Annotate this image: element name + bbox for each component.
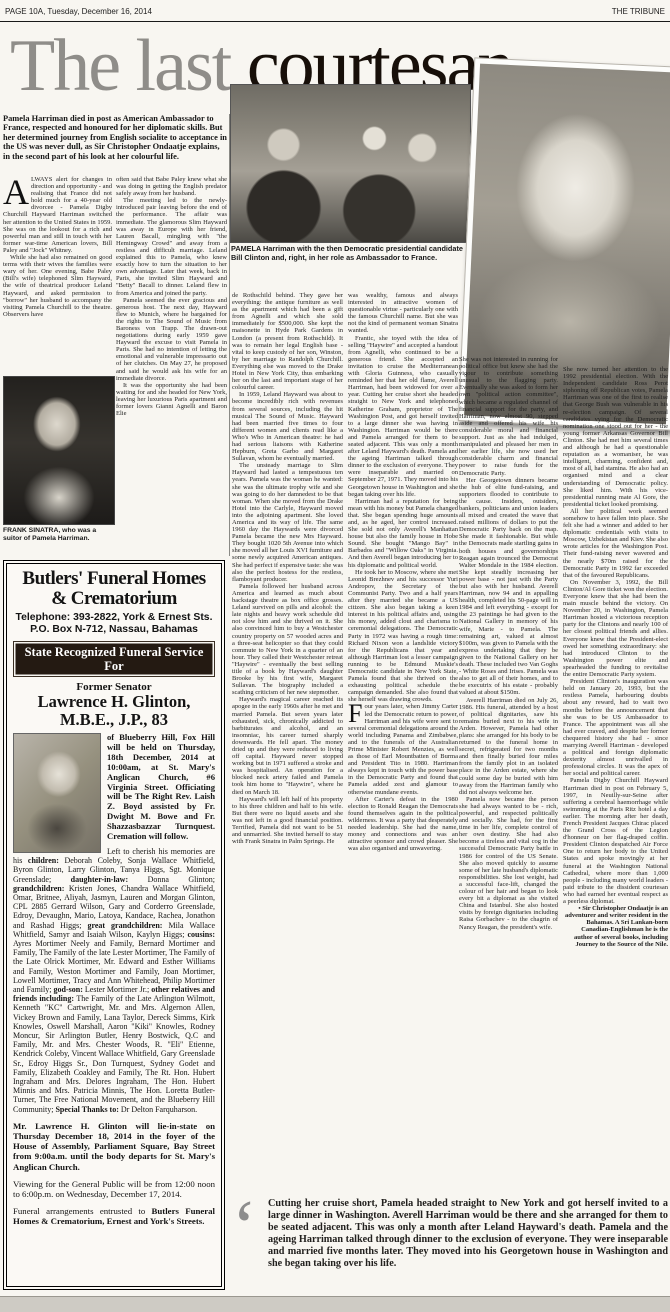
sinatra-photo-caption: FRANK SINATRA, who was a suitor of Pamel… bbox=[3, 527, 113, 543]
ad-po-box: P.O. Box N-712, Nassau, Bahamas bbox=[13, 624, 215, 636]
pamela-photo-caption: PAMELA Harriman with the then Democratic… bbox=[231, 245, 469, 262]
ad-title-line-1: Butlers' Funeral Homes bbox=[13, 569, 215, 589]
article-column-1: de Rothschild behind. They gave her ever… bbox=[232, 292, 343, 1194]
article-column-intro-1: ALWAYS alert for changes in direction an… bbox=[3, 176, 112, 374]
public-viewing-notice: Viewing for the General Public will be f… bbox=[13, 1179, 215, 1199]
ad-banner: State Recognized Funeral Service For bbox=[13, 641, 215, 677]
article-column-4-text: She now turned her attention to the 1992… bbox=[563, 366, 668, 905]
next-ad-edge-strip bbox=[0, 1296, 670, 1312]
ad-title-line-2: & Crematorium bbox=[13, 589, 215, 609]
sinatra-photo bbox=[3, 376, 115, 525]
pull-quote: ‘ Cutting her cruise short, Pamela heade… bbox=[232, 1198, 668, 1290]
page-edition-date: PAGE 10A, Tuesday, December 16, 2014 bbox=[5, 7, 152, 16]
standfirst: Pamela Harriman died in post as American… bbox=[3, 114, 227, 161]
headline-part-1: The last bbox=[10, 25, 230, 107]
newspaper-page: PAGE 10A, Tuesday, December 16, 2014 THE… bbox=[0, 0, 670, 1312]
deceased-titles: M.B.E., J.P., 83 bbox=[13, 711, 215, 729]
lie-in-state-notice: Mr. Lawrence H. Glinton will lie-in-stat… bbox=[13, 1121, 215, 1172]
article-column-4: She now turned her attention to the 1992… bbox=[563, 366, 668, 1194]
article-column-2-lower: Four years later, when Jimmy Carter led … bbox=[348, 703, 458, 852]
article-column-2: was wealthy, famous and always intereste… bbox=[348, 292, 458, 1194]
funeral-notice-ad: Butlers' Funeral Homes & Crematorium Tel… bbox=[3, 560, 225, 1290]
quote-mark-icon: ‘ bbox=[232, 1190, 257, 1264]
author-byline: • Sir Christopher Ondaatje is an adventu… bbox=[563, 905, 668, 948]
masthead: THE TRIBUNE bbox=[612, 7, 665, 16]
article-column-intro-2: often said that Babe Paley knew what she… bbox=[116, 176, 227, 556]
article-column-3: She was not interested in running for po… bbox=[459, 356, 558, 1194]
surviving-family-list: Left to cherish his memories are his chi… bbox=[13, 847, 215, 1114]
pamela-clinton-photo bbox=[230, 84, 471, 243]
arrangements-notice: Funeral arrangements entrusted to Butler… bbox=[13, 1206, 215, 1226]
article-column-2-upper: was wealthy, famous and always intereste… bbox=[348, 292, 458, 703]
header-rule bbox=[0, 21, 670, 22]
deceased-name: Lawrence H. Glinton, bbox=[13, 693, 215, 711]
pull-quote-text: Cutting her cruise short, Pamela headed … bbox=[268, 1198, 668, 1269]
ad-telephone: Telephone: 393-2822, York & Ernest Sts. bbox=[13, 612, 215, 624]
deceased-portrait-photo bbox=[13, 733, 101, 853]
